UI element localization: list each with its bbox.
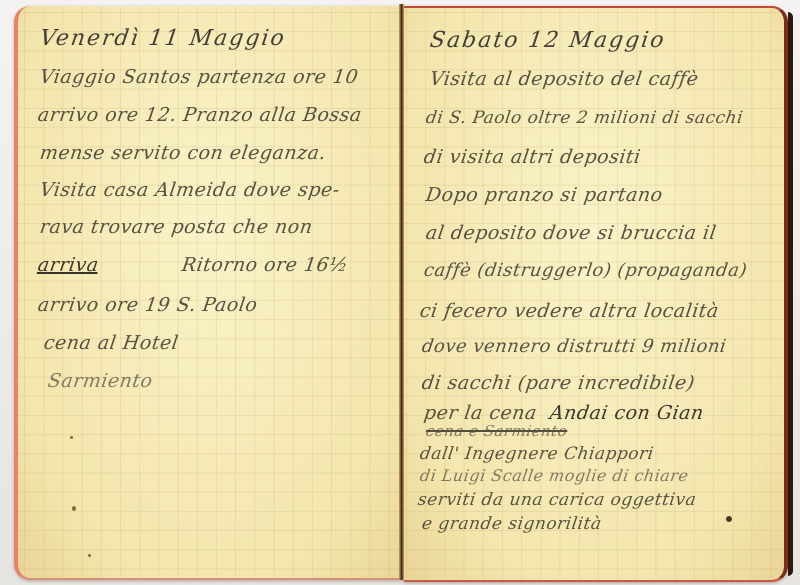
right-line-2: di S. Paolo oltre 2 milioni di sacchi xyxy=(425,108,745,128)
ink-spot xyxy=(726,516,732,522)
right-page-heading: Sabato 12 Maggio xyxy=(428,28,667,53)
left-line-7: Ritorno ore 16½ xyxy=(180,254,349,276)
right-line-15: serviti da una carica oggettiva xyxy=(417,490,698,510)
right-line-10: per la cena xyxy=(422,402,538,424)
right-line-3: di visita altri depositi xyxy=(422,146,642,168)
right-line-4: Dopo pranzo si partano xyxy=(424,184,664,206)
ink-spot xyxy=(72,506,76,511)
notebook-right-page: Sabato 12 Maggio Visita al deposito del … xyxy=(404,6,788,582)
right-line-9: di sacchi (pare incredibile) xyxy=(420,372,696,394)
left-line-9: cena al Hotel xyxy=(42,332,179,354)
ink-spot xyxy=(88,554,91,557)
right-line-7: ci fecero vedere altra località xyxy=(418,300,720,322)
right-line-5: al deposito dove si bruccia il xyxy=(424,222,717,244)
right-line-12-struck: cena e Sarmiento xyxy=(425,422,569,440)
notebook-left-page: Venerdì 11 Maggio Viaggio Santos partenz… xyxy=(14,6,404,580)
right-line-6: caffè (distruggerlo) (propaganda) xyxy=(423,260,749,281)
left-line-4: Visita casa Almeida dove spe- xyxy=(38,179,341,201)
left-page-heading: Venerdì 11 Maggio xyxy=(38,26,287,51)
right-line-14: di Luigi Scalle moglie di chiare xyxy=(419,466,690,485)
ink-spot xyxy=(70,436,73,439)
right-line-8: dove vennero distrutti 9 milioni xyxy=(421,336,728,357)
right-line-16: e grande signorilità xyxy=(421,514,603,534)
right-line-1: Visita al deposito del caffè xyxy=(428,68,700,90)
left-line-2: arrivo ore 12. Pranzo alla Bossa xyxy=(36,104,363,126)
left-line-8: arrivo ore 19 S. Paolo xyxy=(36,294,259,316)
left-line-5: rava trovare posta che non xyxy=(38,216,314,238)
left-line-6: arriva xyxy=(36,254,100,276)
right-line-11: Andai con Gian xyxy=(548,402,705,424)
left-line-10: Sarmiento xyxy=(46,370,154,392)
right-line-13: dall' Ingegnere Chiappori xyxy=(419,444,655,464)
left-line-1: Viaggio Santos partenza ore 10 xyxy=(38,66,359,88)
left-line-3: mense servito con eleganza. xyxy=(38,142,327,164)
